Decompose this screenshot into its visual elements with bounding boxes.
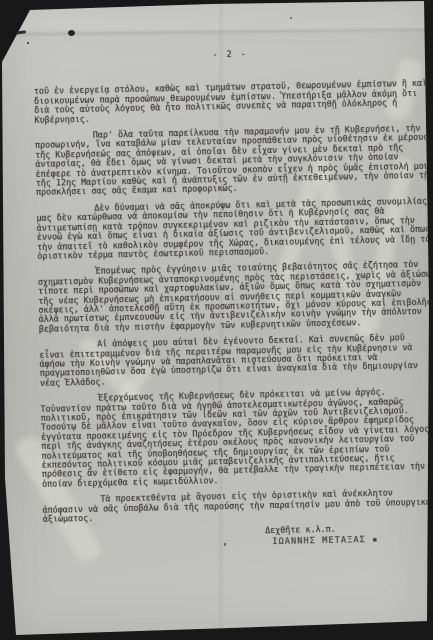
ink-speck <box>27 42 29 44</box>
paper-sheet: - 2 - τοῦ ἐν ἐνεργείᾳ στόλου, καθὼς καὶ … <box>0 0 433 640</box>
typewritten-text-block: - 2 - τοῦ ἐν ἐνεργείᾳ στόλου, καθὼς καὶ … <box>33 46 433 551</box>
scanned-document-page: - 2 - τοῦ ἐν ἐνεργείᾳ στόλου, καθὼς καὶ … <box>0 0 433 640</box>
closing-block: Δεχθῆτε κ.λ.π. ΙΩΑΝΝΗΣ ΜΕΤΑΞΑΣ ▪ <box>43 523 433 551</box>
ink-speck <box>290 17 292 19</box>
typewritten-paragraph: Ἐξερχόμενος τῆς Κυβερνήσεως δὲν πρόκειτα… <box>40 387 433 489</box>
typewritten-paragraph: Παρ' ὅλα ταῦτα παρείλκυσα τὴν παραμονήν … <box>35 124 430 198</box>
typewritten-paragraph: Ἑπομένως πρὸς ἐγγύησιν μιᾶς τοιαύτης βεβ… <box>37 260 432 334</box>
paper-top-fold-highlight <box>0 0 433 30</box>
typewritten-paragraph: Τὰ προεκτεθέντα μὲ ἄγουσι εἰς τὴν ὁριστι… <box>42 488 433 524</box>
typewritten-paragraph: Αἱ ἀπόψεις μου αὐταὶ δὲν ἐγένοντο δεκταί… <box>39 333 433 388</box>
page-number: - 2 - <box>33 46 427 64</box>
typewritten-paragraph: τοῦ ἐν ἐνεργείᾳ στόλου, καθὼς καὶ τμημάτ… <box>34 79 429 125</box>
ink-speck <box>68 30 75 36</box>
signature-name: ΙΩΑΝΝΗΣ ΜΕΤΑΞΑΣ ▪ <box>272 534 433 547</box>
typewritten-paragraph: Δὲν δύναμαι νὰ σᾶς ἀποκρύψω ὅτι καὶ μετὰ… <box>36 197 431 262</box>
